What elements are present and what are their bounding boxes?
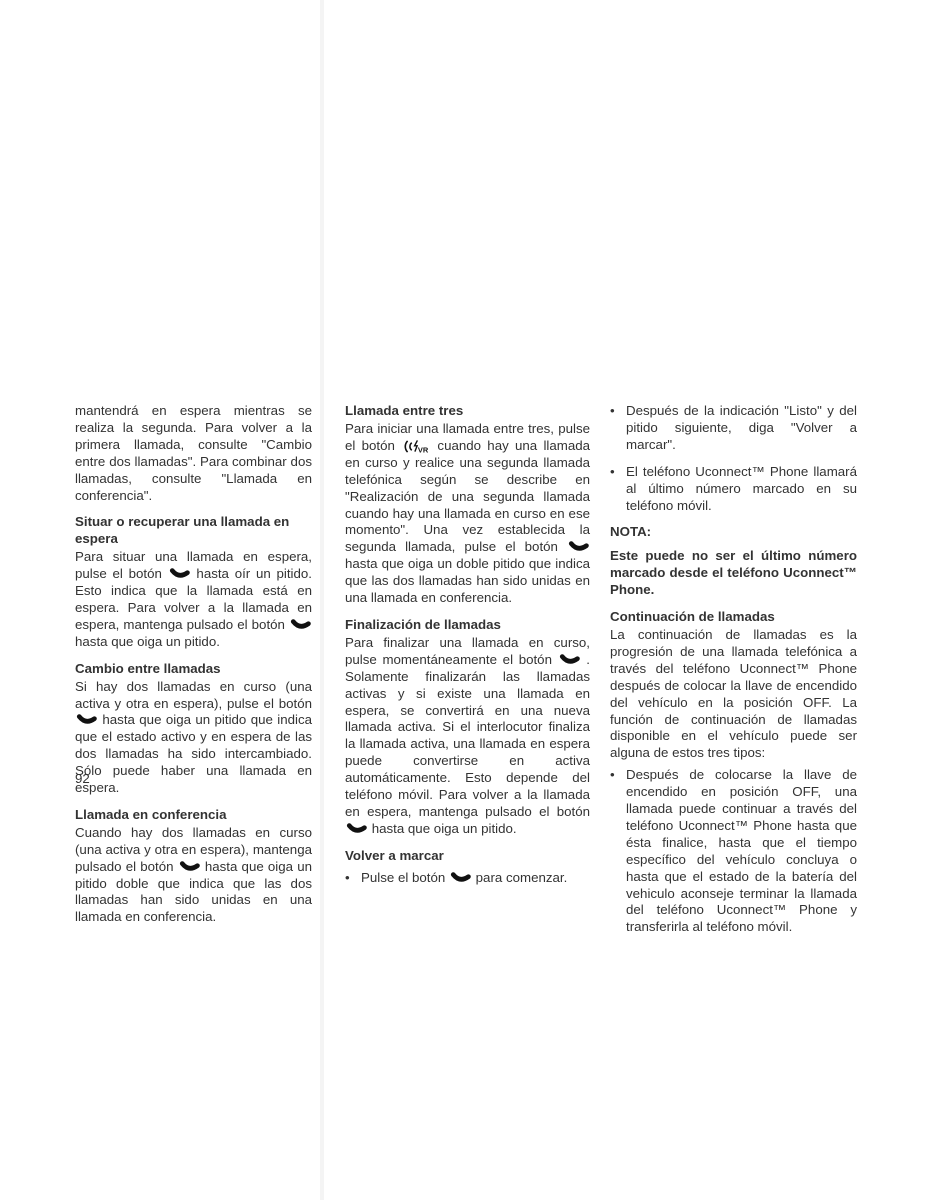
column-right: •Después de la indicación "Listo" y del … (610, 403, 857, 946)
body-paragraph: Para situar una llamada en espera, pulse… (75, 549, 312, 650)
bullet-marker: • (610, 767, 626, 936)
body-paragraph: mantendrá en espera mientras se realiza … (75, 403, 312, 504)
bullet-text: Pulse el botón para comenzar. (361, 870, 590, 887)
bullet-item: •El teléfono Uconnect™ Phone llamará al … (610, 464, 857, 515)
manual-page: mantendrá en espera mientras se realiza … (0, 0, 927, 1200)
section-heading: Cambio entre llamadas (75, 661, 312, 678)
bullet-text: El teléfono Uconnect™ Phone llamará al ú… (626, 464, 857, 515)
phone-icon (75, 713, 97, 728)
body-paragraph: Para iniciar una llamada entre tres, pul… (345, 421, 590, 607)
bullet-marker: • (610, 403, 626, 454)
note-text: Este puede no ser el último número marca… (610, 548, 857, 599)
phone-icon (289, 617, 311, 632)
section-heading: Llamada en conferencia (75, 807, 312, 824)
column-middle: Llamada entre tresPara iniciar una llama… (345, 403, 590, 897)
body-paragraph: Cuando hay dos llamadas en curso (una ac… (75, 825, 312, 926)
column-divider-line (320, 0, 324, 1200)
section-heading: Finalización de llamadas (345, 617, 590, 634)
section-heading: Situar o recuperar una llamada en espera (75, 514, 312, 548)
phone-icon (558, 652, 580, 667)
column-left: mantendrá en espera mientras se realiza … (75, 403, 312, 926)
bullet-item: •Después de colocarse la llave de encend… (610, 767, 857, 936)
body-paragraph: Si hay dos llamadas en curso (una activa… (75, 679, 312, 797)
phone-icon (168, 567, 190, 582)
uconnect-vr-icon: VR (402, 438, 430, 455)
bullet-text: Después de la indicación "Listo" y del p… (626, 403, 857, 454)
bullet-text: Después de colocarse la llave de encendi… (626, 767, 857, 936)
bullet-item: •Pulse el botón para comenzar. (345, 870, 590, 887)
body-paragraph: La continuación de llamadas es la progre… (610, 627, 857, 762)
svg-text:VR: VR (418, 445, 429, 454)
phone-icon (449, 870, 471, 885)
section-heading: Llamada entre tres (345, 403, 590, 420)
bullet-marker: • (345, 870, 361, 887)
note-label: NOTA: (610, 524, 857, 541)
phone-icon (567, 540, 589, 555)
bullet-marker: • (610, 464, 626, 515)
phone-icon (178, 859, 200, 874)
page-number: 92 (75, 771, 90, 786)
body-paragraph: Para finalizar una llamada en curso, pul… (345, 635, 590, 838)
phone-icon (345, 821, 367, 836)
bullet-item: •Después de la indicación "Listo" y del … (610, 403, 857, 454)
section-heading: Volver a marcar (345, 848, 590, 865)
section-heading: Continuación de llamadas (610, 609, 857, 626)
